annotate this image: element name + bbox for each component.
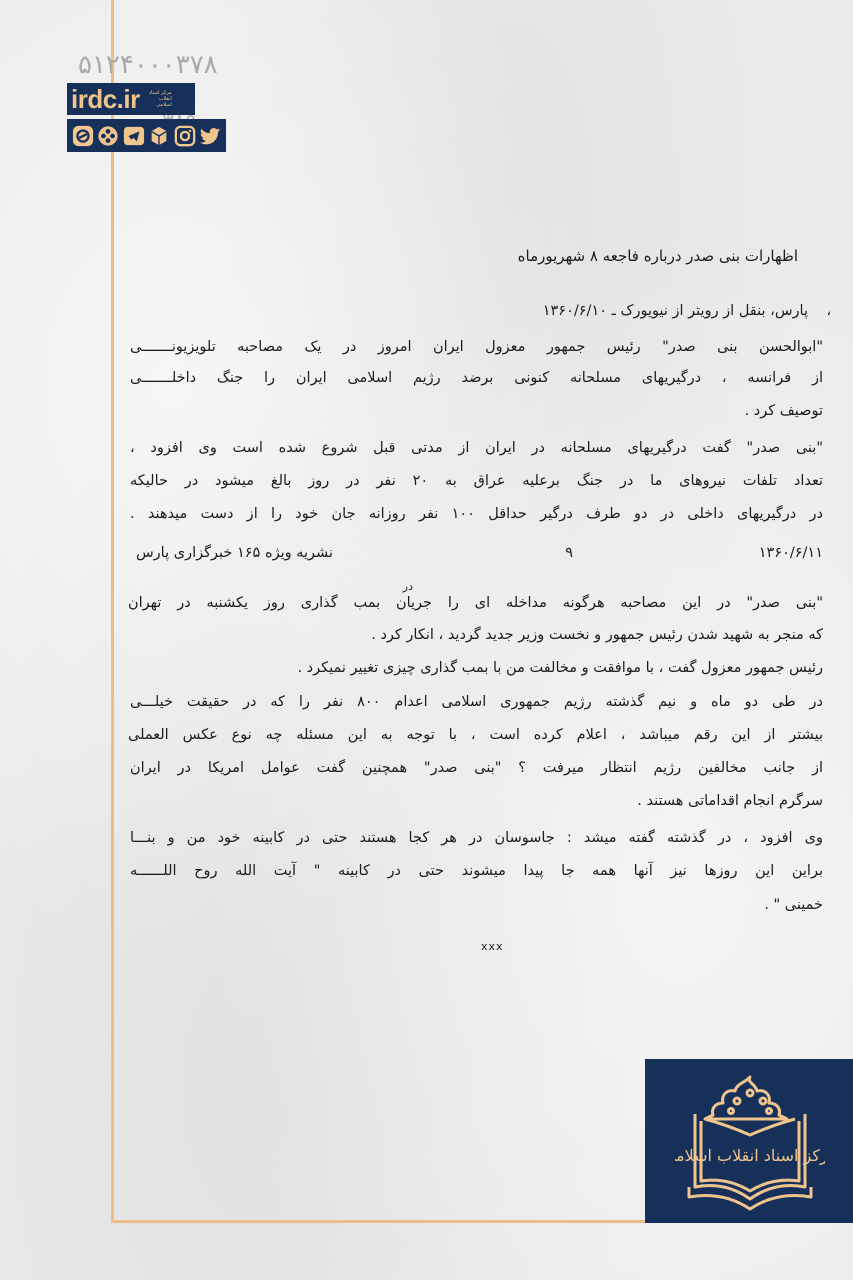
social-bar [67,119,226,152]
aparat-icon[interactable] [72,125,94,147]
paragraph-1-line-1: "ابوالحسن بنی صدر" رئیس جمهور معزول ایرا… [130,339,823,355]
document-title: اظهارات بنی صدر درباره فاجعه ۸ شهریورماه [518,247,798,265]
open-book-dome-logo-icon: مرکز اسناد انقلاب اسلامی [675,1069,825,1214]
dateline: پارس، بنقل از رویتر از نیویورک ـ ۱۳۶۰/۶/… [543,303,808,319]
telegram-icon[interactable] [123,125,145,147]
paragraph-2-line-2: تعداد تلفات نیروهای ما در جنگ برعلیه عرا… [130,473,823,489]
continuation-1-line-2: که منجر به شهید شدن رئیس جمهور و نخست وز… [371,627,823,643]
continuation-3-line-3: از جانب مخالفین رژیم انتظار میرفت ؟ "بنی… [130,760,823,776]
continuation-3-line-4: سرگرم انجام اقداماتی هستند . [637,793,823,809]
footer-date: ۱۳۶۰/۶/۱۱ [759,545,823,561]
svg-text:مرکز اسناد انقلاب اسلامی: مرکز اسناد انقلاب اسلامی [675,1146,825,1166]
continuation-2-line-1: رئیس جمهور معزول گفت ، با موافقت و مخالف… [297,660,823,676]
brand-subtitle: مرکز اسناد انقلاب اسلامی [146,90,172,108]
paragraph-1-line-2: از فرانسه ، درگیریهای مسلحانه کنونی برضد… [130,370,823,386]
brand-text: irdc.ir [71,86,140,112]
frame-bottom-line [111,1220,646,1223]
continuation-4-line-2: براین این روزها نیز آنها همه جا پیدا میش… [130,863,823,879]
brand-watermark[interactable]: irdc.ir مرکز اسناد انقلاب اسلامی [67,83,195,115]
continuation-4-line-3: خمینی " . [764,897,823,913]
frame-left-line [111,0,114,1223]
end-mark: xxx [481,940,504,953]
film-reel-icon[interactable] [97,125,119,147]
inserted-word: در [403,580,413,593]
continuation-3-line-1: در طی دو ماه و نیم گذشته رژیم جمهوری اسل… [130,694,823,710]
archive-number: ۵۱۲۴۰۰۰۳۷۸ [78,50,218,80]
instagram-icon[interactable] [174,125,196,147]
continuation-4-line-1: وی افزود ، در گذشته گفته میشد : جاسوسان … [130,830,823,846]
eitaa-cubes-icon[interactable] [148,125,170,147]
footer-publication: نشریه ویژه ۱۶۵ خبرگزاری پارس [136,545,333,561]
margin-dot: ، [826,303,831,319]
continuation-3-line-2: بیشتر از این رقم میباشد ، اعلام کرده است… [128,727,823,743]
continuation-1-line-1: "بنی صدر" در این مصاحبه هرگونه مداخله ای… [128,595,823,611]
twitter-icon[interactable] [199,125,221,147]
irdc-logo: مرکز اسناد انقلاب اسلامی [645,1059,853,1223]
paragraph-2-line-1: "بنی صدر" گفت درگیریهای مسلحانه در ایران… [130,440,823,456]
footer-page-number: ۹ [565,545,573,561]
paragraph-2-line-3: در درگیریهای داخلی در دو طرف درگیر حداقل… [130,506,823,522]
paragraph-1-line-3: توصیف کرد . [745,403,823,419]
page-footer: نشریه ویژه ۱۶۵ خبرگزاری پارس ۹ ۱۳۶۰/۶/۱۱ [130,545,823,565]
